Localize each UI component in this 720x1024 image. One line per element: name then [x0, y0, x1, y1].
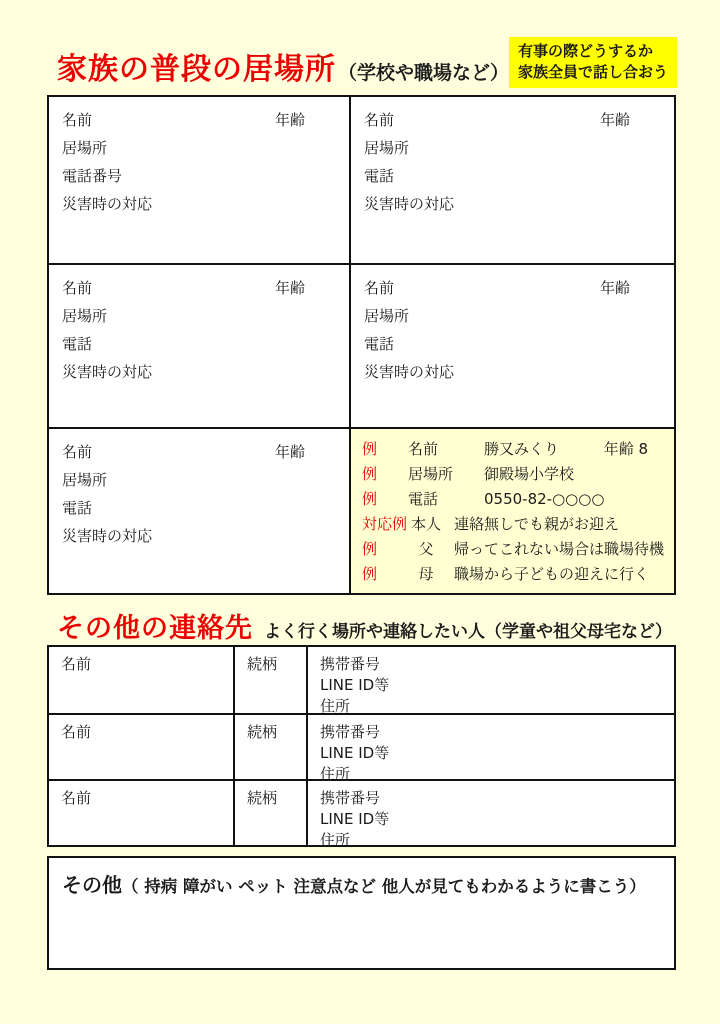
example-tag: 例 [362, 565, 408, 590]
family-cell-1: 名前年齢 居場所 電話番号 災害時の対応 [49, 97, 349, 263]
family-cell-3: 名前年齢 居場所 電話 災害時の対応 [49, 263, 349, 427]
notice-line-2: 家族全員で話し合おう [518, 62, 668, 83]
family-cell-5: 名前年齢 居場所 電話 災害時の対応 [49, 427, 349, 593]
example-tag: 例 [362, 540, 408, 565]
emergency-contact-sheet: 家族の普段の居場所 （学校や職場など） 有事の際どうするか 家族全員で話し合おう… [0, 0, 720, 1024]
relation-label: 続柄 [247, 654, 296, 675]
name-age-line: 名前年齢 [364, 110, 658, 138]
contacts-title: その他の連絡先 [57, 606, 253, 645]
example-phone-value: 0550-82-○○○○ [484, 490, 604, 515]
name-label: 名前 [62, 442, 92, 470]
example-response-value: 連絡無しでも親がお迎え [454, 515, 619, 540]
person-label: 父 [408, 540, 444, 565]
age-label: 年齢 [275, 110, 305, 138]
phone-label: 電話 [364, 166, 658, 194]
relation-label: 続柄 [247, 788, 296, 809]
main-title-note: （学校や職場など） [338, 58, 509, 85]
name-label: 名前 [364, 110, 394, 138]
relation-label: 続柄 [247, 722, 296, 743]
line-id-label: LINE ID等 [320, 809, 664, 830]
disaster-response-label: 災害時の対応 [62, 194, 333, 222]
page-content: 家族の普段の居場所 （学校や職場など） 有事の際どうするか 家族全員で話し合おう… [47, 0, 676, 970]
age-label: 年齢 [275, 278, 305, 306]
contacts-header: その他の連絡先 よく行く場所や連絡したい人（学童や祖父母宅など） [47, 606, 676, 645]
name-label: 名前 [61, 654, 223, 675]
contact-name-cell: 名前 [49, 779, 233, 845]
contact-name-cell: 名前 [49, 713, 233, 779]
location-label: 居場所 [62, 138, 333, 166]
phone-label: 電話 [364, 334, 658, 362]
name-label: 名前 [61, 788, 223, 809]
example-age-value: 年齢 8 [604, 440, 648, 465]
address-label: 住所 [320, 830, 664, 851]
name-label: 名前 [62, 278, 92, 306]
example-response-value: 帰ってこれない場合は職場待機 [454, 540, 664, 565]
notice-box: 有事の際どうするか 家族全員で話し合おう [509, 37, 677, 88]
mobile-label: 携帯番号 [320, 722, 664, 743]
name-label: 名前 [61, 722, 223, 743]
location-label: 居場所 [364, 138, 658, 166]
other-notes-heading: その他 （ 持病 障がい ペット 注意点など 他人が見てもわかるように書こう） [62, 869, 661, 898]
mobile-label: 携帯番号 [320, 788, 664, 809]
example-response-row-self: 対応例本人連絡無しでも親がお迎え [362, 515, 664, 540]
other-notes-box: その他 （ 持病 障がい ペット 注意点など 他人が見てもわかるように書こう） [47, 856, 676, 970]
example-location-row: 例居場所御殿場小学校 [362, 465, 664, 490]
location-label: 居場所 [62, 470, 333, 498]
example-tag: 例 [362, 490, 408, 515]
disaster-response-label: 災害時の対応 [364, 194, 658, 222]
name-label: 名前 [408, 440, 484, 465]
contact-relation-cell: 続柄 [233, 647, 306, 713]
mobile-label: 携帯番号 [320, 654, 664, 675]
location-label: 居場所 [364, 306, 658, 334]
example-response-row-mother: 例母職場から子どもの迎えに行く [362, 565, 664, 590]
phone-label: 電話 [62, 498, 333, 526]
example-response-row-father: 例父帰ってこれない場合は職場待機 [362, 540, 664, 565]
family-cell-example: 例名前勝又みくり年齢 8 例居場所御殿場小学校 例電話0550-82-○○○○ … [349, 427, 674, 593]
contacts-subtitle: よく行く場所や連絡したい人（学童や祖父母宅など） [264, 617, 672, 642]
example-phone-row: 例電話0550-82-○○○○ [362, 490, 664, 515]
example-tag: 対応例 [362, 515, 408, 540]
contact-info-cell: 携帯番号 LINE ID等 住所 [306, 713, 674, 779]
example-tag: 例 [362, 440, 408, 465]
age-label: 年齢 [600, 110, 630, 138]
contact-info-cell: 携帯番号 LINE ID等 住所 [306, 779, 674, 845]
name-age-line: 名前年齢 [62, 110, 333, 138]
phone-label: 電話 [408, 490, 484, 515]
line-id-label: LINE ID等 [320, 675, 664, 696]
family-cell-2: 名前年齢 居場所 電話 災害時の対応 [349, 97, 674, 263]
name-age-line: 名前年齢 [62, 278, 333, 306]
age-label: 年齢 [600, 278, 630, 306]
location-label: 居場所 [62, 306, 333, 334]
main-title: 家族の普段の居場所 [57, 44, 336, 88]
notice-line-1: 有事の際どうするか [518, 41, 668, 62]
disaster-response-label: 災害時の対応 [62, 526, 333, 554]
name-age-line: 名前年齢 [364, 278, 658, 306]
example-tag: 例 [362, 465, 408, 490]
person-label: 本人 [408, 515, 444, 540]
contact-relation-cell: 続柄 [233, 713, 306, 779]
page-title: 家族の普段の居場所 （学校や職場など） [47, 44, 509, 88]
other-label: その他 [62, 869, 122, 898]
other-hint: （ 持病 障がい ペット 注意点など 他人が見てもわかるように書こう） [122, 873, 646, 897]
disaster-response-label: 災害時の対応 [364, 362, 658, 390]
line-id-label: LINE ID等 [320, 743, 664, 764]
person-label: 母 [408, 565, 444, 590]
example-name-row: 例名前勝又みくり年齢 8 [362, 440, 664, 465]
phone-label: 電話番号 [62, 166, 333, 194]
phone-label: 電話 [62, 334, 333, 362]
header: 家族の普段の居場所 （学校や職場など） 有事の際どうするか 家族全員で話し合おう [47, 34, 676, 88]
name-label: 名前 [62, 110, 92, 138]
example-response-value: 職場から子どもの迎えに行く [454, 565, 649, 590]
family-table: 名前年齢 居場所 電話番号 災害時の対応 名前年齢 居場所 電話 災害時の対応 … [47, 95, 676, 595]
age-label: 年齢 [275, 442, 305, 470]
contact-name-cell: 名前 [49, 647, 233, 713]
contact-info-cell: 携帯番号 LINE ID等 住所 [306, 647, 674, 713]
disaster-response-label: 災害時の対応 [62, 362, 333, 390]
contacts-table: 名前 続柄 携帯番号 LINE ID等 住所 名前 続柄 携帯番号 LINE I… [47, 645, 676, 847]
family-cell-4: 名前年齢 居場所 電話 災害時の対応 [349, 263, 674, 427]
contact-relation-cell: 続柄 [233, 779, 306, 845]
example-name-value: 勝又みくり [484, 440, 559, 465]
name-age-line: 名前年齢 [62, 442, 333, 470]
example-location-value: 御殿場小学校 [484, 465, 574, 490]
location-label: 居場所 [408, 465, 484, 490]
name-label: 名前 [364, 278, 394, 306]
